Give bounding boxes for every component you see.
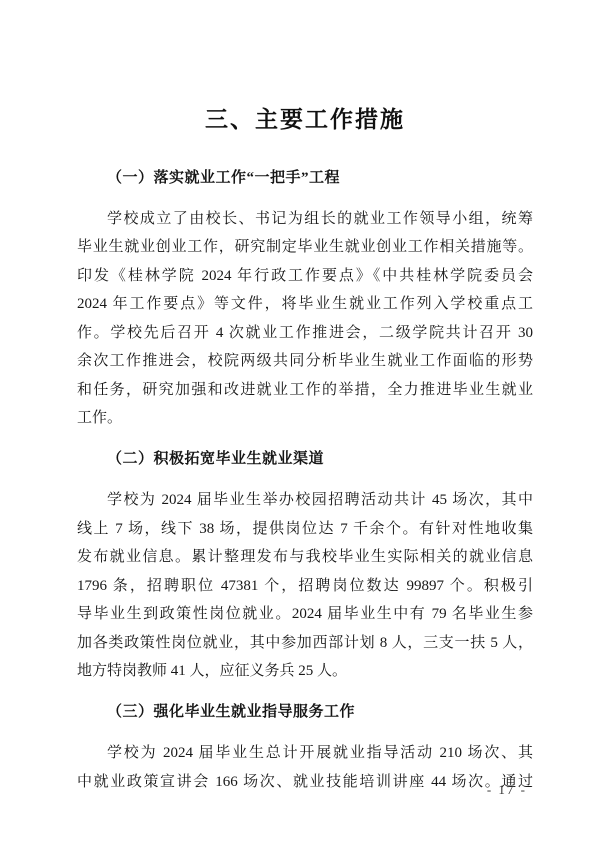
section-2-paragraph: 学校为 2024 届毕业生举办校园招聘活动共计 45 场次，其中 线上 7 场，…	[77, 486, 533, 686]
section-2-heading: （二）积极拓宽毕业生就业渠道	[77, 445, 533, 474]
text-line: 发布就业信息。累计整理发布与我校毕业生实际相关的就业信息	[77, 543, 533, 572]
text-line: 作。学校先后召开 4 次就业工作推进会，二级学院共计召开 30	[77, 319, 533, 348]
document-page: 三、主要工作措施 （一）落实就业工作“一把手”工程 学校成立了由校长、书记为组长…	[0, 0, 595, 842]
section-3-paragraph: 学校为 2024 届毕业生总计开展就业指导活动 210 场次、其 中就业政策宣讲…	[77, 739, 533, 796]
text-line: 学校成立了由校长、书记为组长的就业工作领导小组，统筹	[77, 205, 533, 234]
text-line: 2024 年工作要点》等文件，将毕业生就业工作列入学校重点工	[77, 290, 533, 319]
text-line: 中就业政策宣讲会 166 场次、就业技能培训讲座 44 场次。通过	[77, 768, 533, 797]
page-number: - 17 -	[487, 782, 527, 798]
page-title: 三、主要工作措施	[77, 102, 533, 136]
text-line: 导毕业生到政策性岗位就业。2024 届毕业生中有 79 名毕业生参	[77, 600, 533, 629]
text-line: 地方特岗教师 41 人，应征义务兵 25 人。	[77, 657, 533, 686]
text-line: 和任务，研究加强和改进就业工作的举措，全力推进毕业生就业	[77, 376, 533, 405]
text-line: 印发《桂林学院 2024 年行政工作要点》《中共桂林学院委员会	[77, 262, 533, 291]
section-3-heading: （三）强化毕业生就业指导服务工作	[77, 698, 533, 727]
text-line: 工作。	[77, 404, 533, 433]
text-line: 学校为 2024 届毕业生总计开展就业指导活动 210 场次、其	[77, 739, 533, 768]
text-line: 加各类政策性岗位就业，其中参加西部计划 8 人，三支一扶 5 人，	[77, 629, 533, 658]
text-line: 线上 7 场，线下 38 场，提供岗位达 7 千余个。有针对性地收集	[77, 515, 533, 544]
section-1-paragraph: 学校成立了由校长、书记为组长的就业工作领导小组，统筹 毕业生就业创业工作，研究制…	[77, 205, 533, 433]
section-1-heading: （一）落实就业工作“一把手”工程	[77, 164, 533, 193]
text-line: 余次工作推进会，校院两级共同分析毕业生就业工作面临的形势	[77, 347, 533, 376]
text-line: 1796 条，招聘职位 47381 个，招聘岗位数达 99897 个。积极引	[77, 572, 533, 601]
text-line: 毕业生就业创业工作，研究制定毕业生就业创业工作相关措施等。	[77, 233, 533, 262]
text-line: 学校为 2024 届毕业生举办校园招聘活动共计 45 场次，其中	[77, 486, 533, 515]
